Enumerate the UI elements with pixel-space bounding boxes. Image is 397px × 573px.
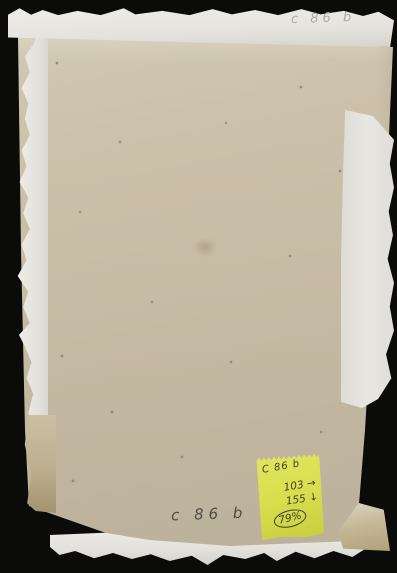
inscription-bottom-center: c 86 b [171,504,248,525]
artwork-verso-paper [0,0,397,573]
inscription-top-right-faint: c 86 b [291,10,356,27]
note-reference-number: C 86 b [261,458,301,476]
sticky-note: C 86 b 103 → 155 ↓ 79% [256,452,325,540]
photo-stage: c 86 b c 86 b C 86 b 103 → 155 ↓ 79% [0,0,397,573]
note-scale-circled: 79% [272,506,308,531]
tape-strip-right [341,110,394,408]
note-dimensions: 103 → 155 ↓ [283,477,319,509]
